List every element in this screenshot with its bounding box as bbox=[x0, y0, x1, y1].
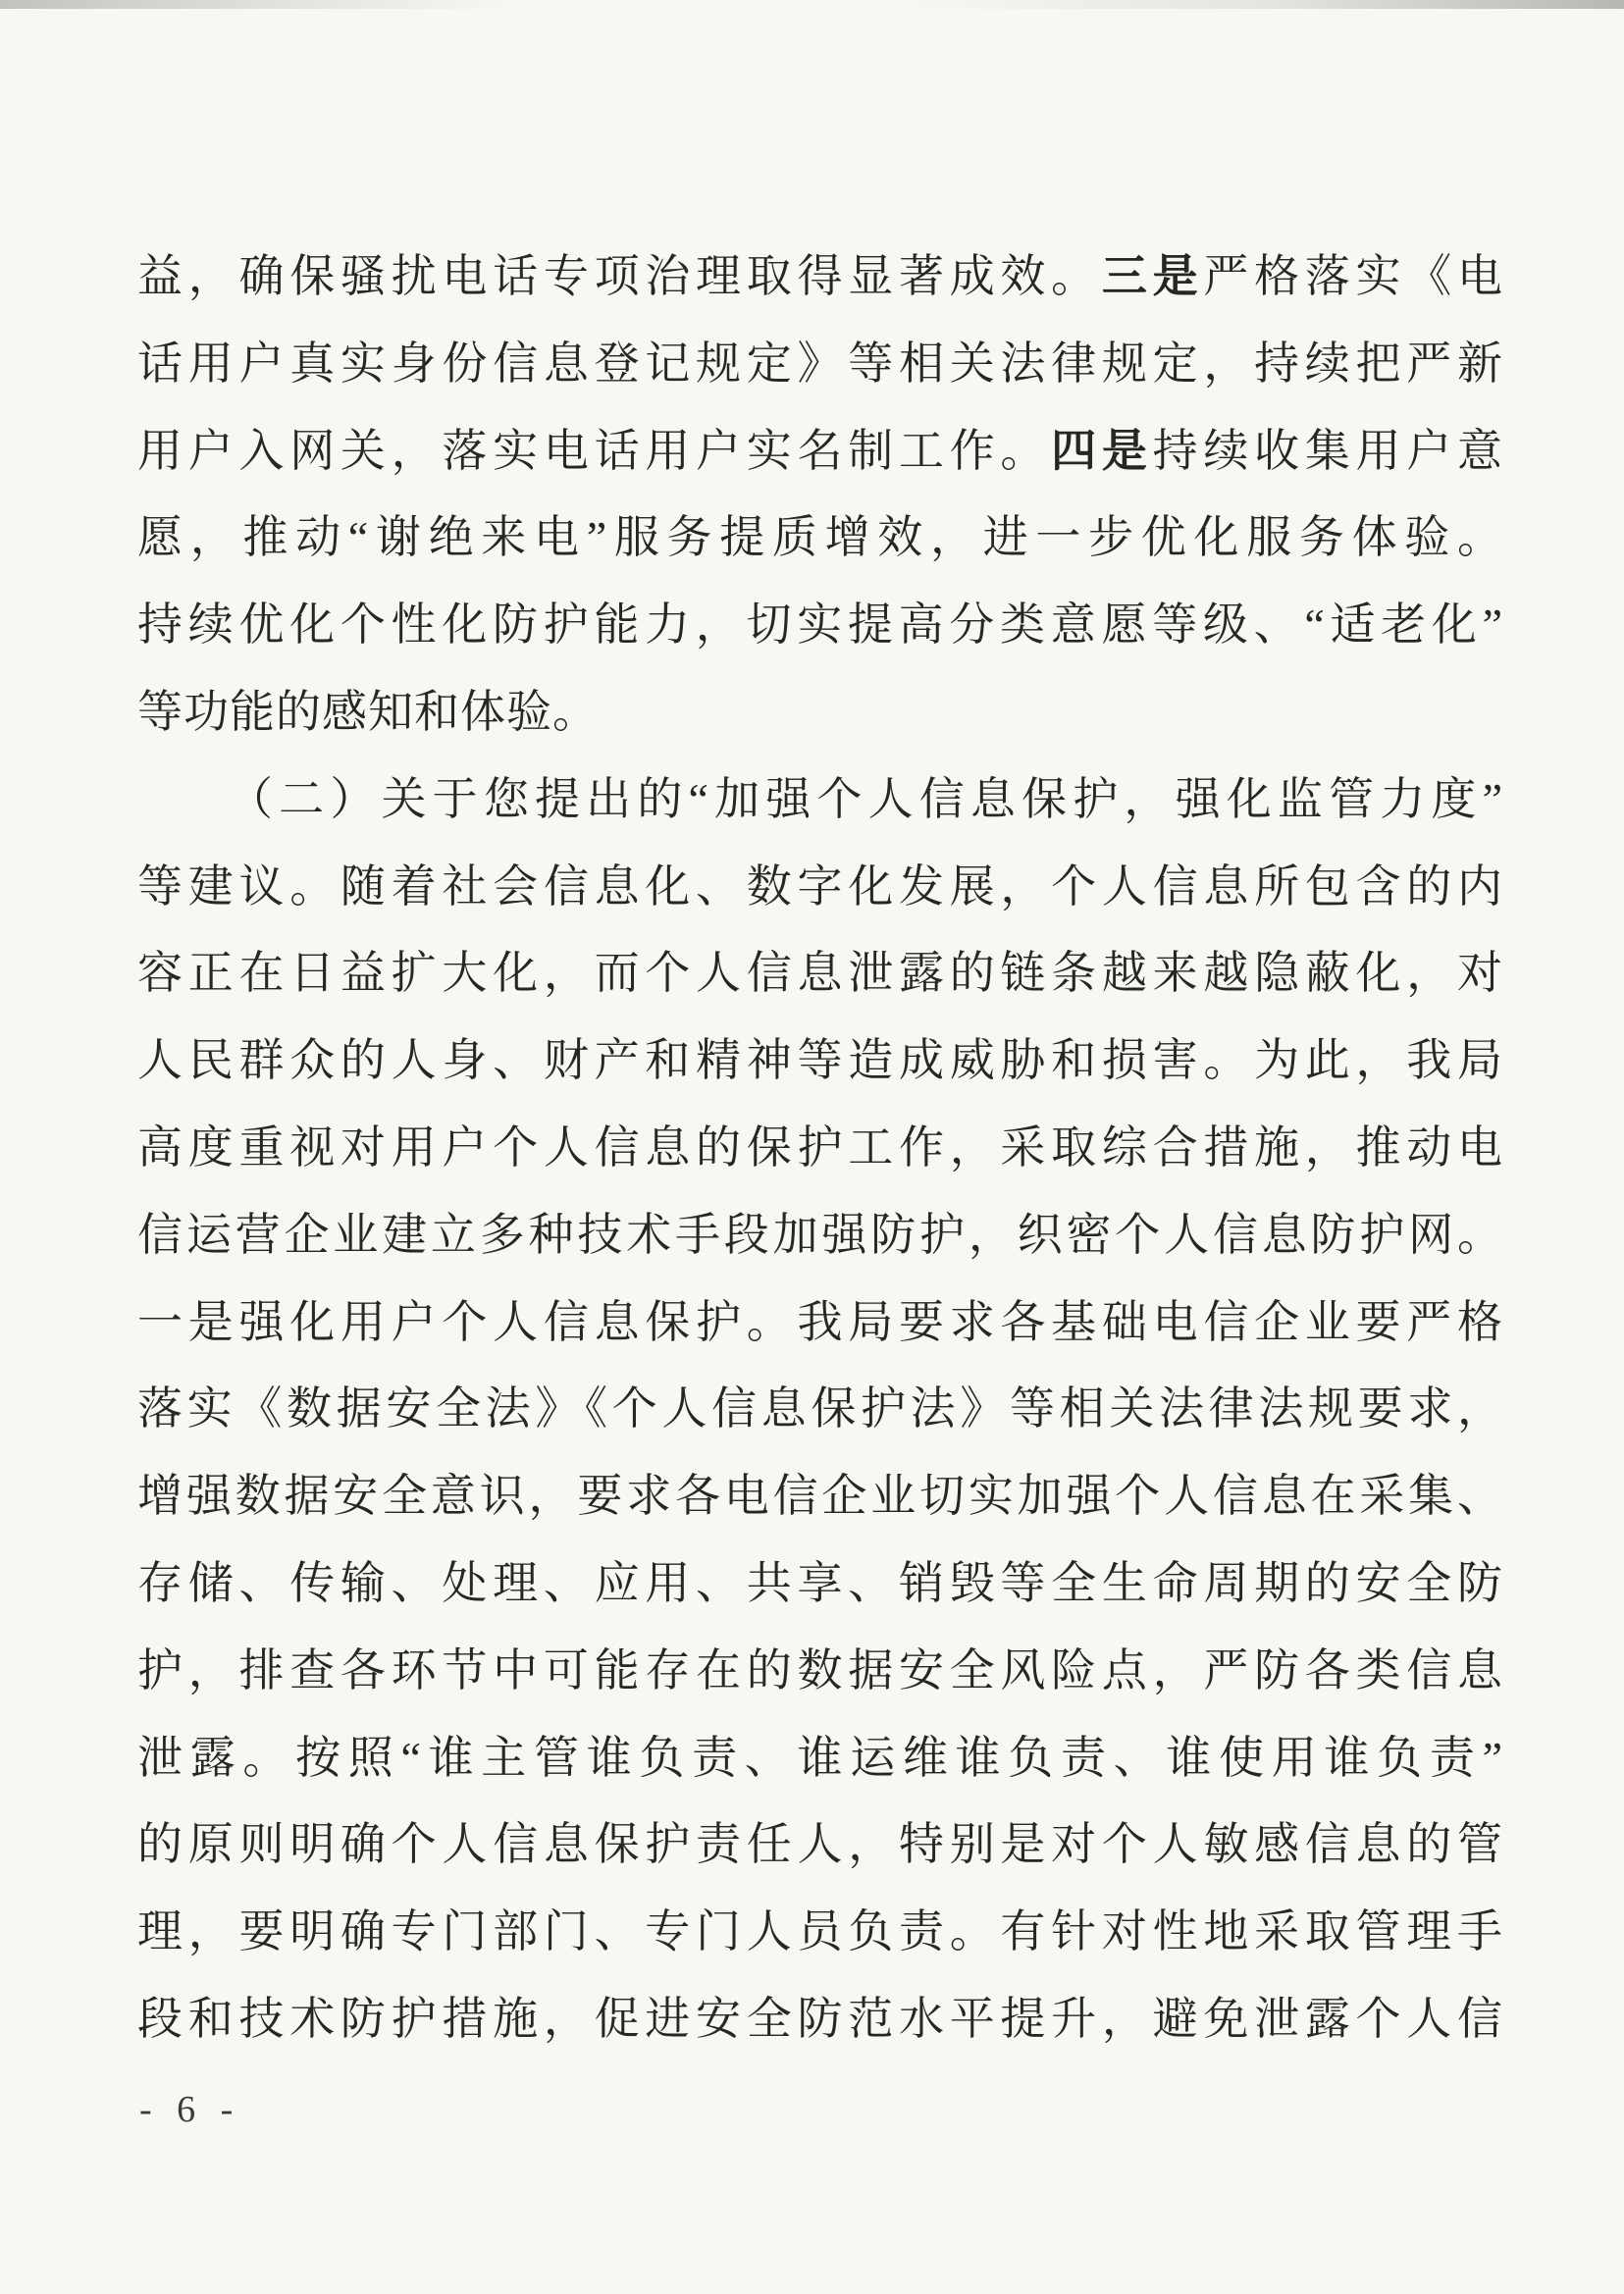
text-line: 一是强化用户个人信息保护。我局要求各基础电信企业要严格 bbox=[137, 1279, 1503, 1367]
text-segment: 持续优化个性化防护能力，切实提高分类意愿等级、“适老化” bbox=[137, 600, 1503, 650]
text-line: （二）关于您提出的“加强个人信息保护，强化监管力度” bbox=[137, 756, 1503, 844]
text-segment: 愿，推动“谢绝来电”服务提质增效，进一步优化服务体验。 bbox=[137, 512, 1503, 562]
text-segment: 泄露。按照“谁主管谁负责、谁运维谁负责、谁使用谁负责” bbox=[137, 1733, 1503, 1783]
text-line: 等建议。随着社会信息化、数字化发展，个人信息所包含的内 bbox=[137, 844, 1503, 931]
bold-text-segment: 四是 bbox=[1051, 426, 1152, 476]
text-line: 信运营企业建立多种技术手段加强防护，织密个人信息防护网。 bbox=[137, 1192, 1503, 1279]
scan-artifact-top bbox=[0, 0, 1624, 9]
text-segment: 等功能的感知和体验。 bbox=[137, 687, 599, 737]
text-line: 容正在日益扩大化，而个人信息泄露的链条越来越隐蔽化，对 bbox=[137, 930, 1503, 1017]
text-line: 人民群众的人身、财产和精神等造成威胁和损害。为此，我局 bbox=[137, 1017, 1503, 1105]
text-segment: 话用户真实身份信息登记规定》等相关法律规定，持续把严新 bbox=[137, 339, 1503, 389]
text-segment: 持续收集用户意 bbox=[1153, 426, 1503, 476]
text-segment: 高度重视对用户个人信息的保护工作，采取综合措施，推动电 bbox=[137, 1122, 1503, 1173]
text-segment: 容正在日益扩大化，而个人信息泄露的链条越来越隐蔽化，对 bbox=[137, 948, 1503, 998]
text-segment: 人民群众的人身、财产和精神等造成威胁和损害。为此，我局 bbox=[137, 1035, 1503, 1085]
text-line: 益，确保骚扰电话专项治理取得显著成效。三是严格落实《电 bbox=[137, 234, 1503, 321]
text-line: 的原则明确个人信息保护责任人，特别是对个人敏感信息的管 bbox=[137, 1801, 1503, 1889]
document-body: 益，确保骚扰电话专项治理取得显著成效。三是严格落实《电话用户真实身份信息登记规定… bbox=[137, 234, 1503, 2063]
text-line: 护，排查各环节中可能存在的数据安全风险点，严防各类信息 bbox=[137, 1628, 1503, 1715]
text-line: 等功能的感知和体验。 bbox=[137, 669, 1503, 756]
page-number: - 6 - bbox=[139, 2088, 240, 2131]
text-line: 高度重视对用户个人信息的保护工作，采取综合措施，推动电 bbox=[137, 1105, 1503, 1192]
text-line: 段和技术防护措施，促进安全防范水平提升，避免泄露个人信 bbox=[137, 1976, 1503, 2063]
text-segment: 益，确保骚扰电话专项治理取得显著成效。 bbox=[137, 251, 1102, 301]
text-segment: 严格落实《电 bbox=[1203, 251, 1503, 301]
text-line: 理，要明确专门部门、专门人员负责。有针对性地采取管理手 bbox=[137, 1889, 1503, 1976]
text-segment: 信运营企业建立多种技术手段加强防护，织密个人信息防护网。 bbox=[137, 1210, 1503, 1260]
document-page: 益，确保骚扰电话专项治理取得显著成效。三是严格落实《电话用户真实身份信息登记规定… bbox=[0, 0, 1624, 2294]
text-segment: 增强数据安全意识，要求各电信企业切实加强个人信息在采集、 bbox=[137, 1471, 1503, 1521]
text-segment: 存储、传输、处理、应用、共享、销毁等全生命周期的安全防 bbox=[137, 1558, 1503, 1608]
text-segment: 段和技术防护措施，促进安全防范水平提升，避免泄露个人信 bbox=[137, 1994, 1503, 2044]
text-segment: 落实《数据安全法》《个人信息保护法》等相关法律法规要求， bbox=[137, 1383, 1503, 1434]
text-line: 落实《数据安全法》《个人信息保护法》等相关法律法规要求， bbox=[137, 1366, 1503, 1453]
text-segment: 护，排查各环节中可能存在的数据安全风险点，严防各类信息 bbox=[137, 1645, 1503, 1695]
text-segment: 一是强化用户个人信息保护。我局要求各基础电信企业要严格 bbox=[137, 1297, 1503, 1347]
text-line: 愿，推动“谢绝来电”服务提质增效，进一步优化服务体验。 bbox=[137, 495, 1503, 582]
text-line: 持续优化个性化防护能力，切实提高分类意愿等级、“适老化” bbox=[137, 582, 1503, 669]
text-segment: 的原则明确个人信息保护责任人，特别是对个人敏感信息的管 bbox=[137, 1819, 1503, 1869]
text-line: 泄露。按照“谁主管谁负责、谁运维谁负责、谁使用谁负责” bbox=[137, 1715, 1503, 1802]
text-segment: 理，要明确专门部门、专门人员负责。有针对性地采取管理手 bbox=[137, 1906, 1503, 1956]
text-segment: 等建议。随着社会信息化、数字化发展，个人信息所包含的内 bbox=[137, 861, 1503, 912]
bold-text-segment: 三是 bbox=[1102, 251, 1203, 301]
text-line: 话用户真实身份信息登记规定》等相关法律规定，持续把严新 bbox=[137, 321, 1503, 408]
text-line: 用户入网关，落实电话用户实名制工作。四是持续收集用户意 bbox=[137, 408, 1503, 495]
text-segment: （二）关于您提出的“加强个人信息保护，强化监管力度” bbox=[228, 774, 1503, 824]
text-line: 增强数据安全意识，要求各电信企业切实加强个人信息在采集、 bbox=[137, 1453, 1503, 1540]
text-segment: 用户入网关，落实电话用户实名制工作。 bbox=[137, 426, 1051, 476]
text-line: 存储、传输、处理、应用、共享、销毁等全生命周期的安全防 bbox=[137, 1540, 1503, 1628]
